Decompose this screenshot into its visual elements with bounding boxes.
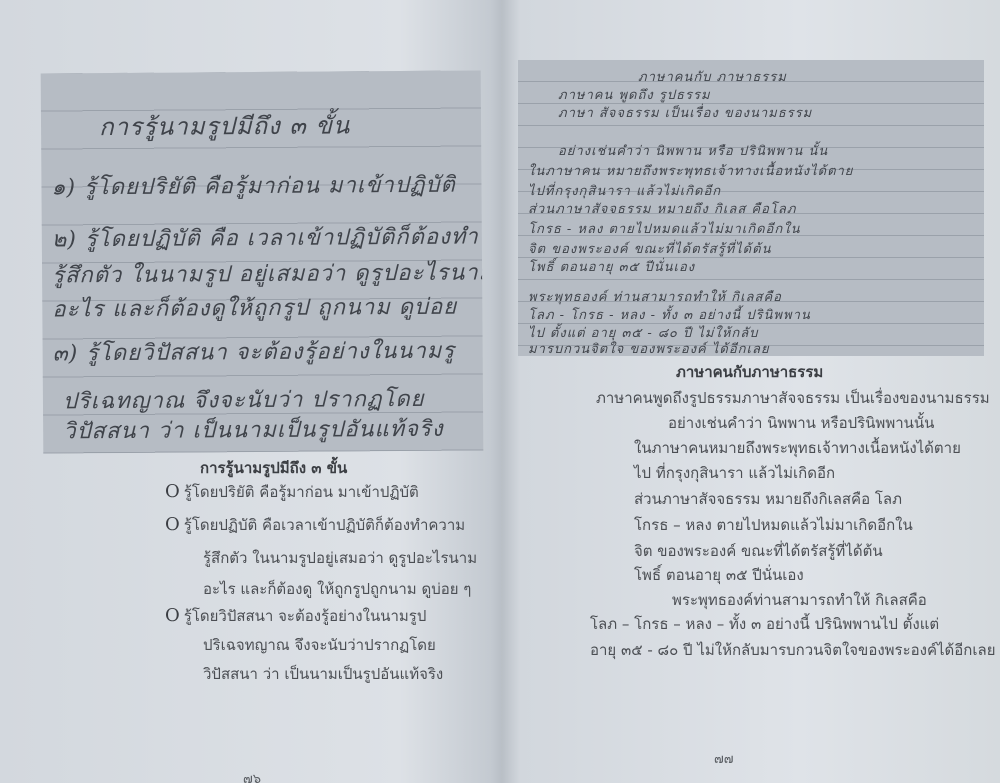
handwritten-line: รู้สึกตัว ในนามรูป อยู่เสมอว่า ดูรูปอะไร… [52, 254, 483, 292]
handwritten-line: ๒) รู้โดยปฏิบัติ คือ เวลาเข้าปฏิบัติก็ต้… [52, 218, 479, 256]
left-page: การรู้นามรูปมีถึง ๓ ขั้น ๑) รู้โดยปริยัต… [0, 0, 496, 783]
body-line: ส่วนภาษาสัจจธรรม หมายถึงกิเลสคือ โลภ [634, 487, 902, 511]
handwritten-line: อย่างเช่นคำว่า นิพพาน หรือ ปรินิพพาน นั้… [558, 140, 828, 161]
list-item-continuation: วิปัสสนา ว่า เป็นนามเป็นรูปอันแท้จริง [203, 662, 443, 686]
body-line: โลภ – โกรธ – หลง – ทั้ง ๓ อย่างนี้ ปรินิ… [590, 612, 939, 636]
list-item-continuation: อะไร และก็ต้องดู ให้ถูกรูปถูกนาม ดูบ่อย … [203, 577, 471, 601]
body-line: อายุ ๓๕ - ๘๐ ปี ไม่ให้กลับมารบกวนจิตใจขอ… [590, 638, 996, 662]
handwritten-line: อะไร และก็ต้องดูให้ถูกรูป ถูกนาม ดูบ่อย [52, 289, 457, 327]
body-line: พระพุทธองค์ท่านสามารถทำให้ กิเลสคือ [672, 588, 927, 612]
handwritten-line: วิปัสสนา ว่า เป็นนามเป็นรูปอันแท้จริง [63, 411, 444, 449]
body-line: โกรธ – หลง ตายไปหมดแล้วไม่มาเกิดอีกใน [634, 513, 913, 537]
handwritten-notes-image: การรู้นามรูปมีถึง ๓ ขั้น ๑) รู้โดยปริยัต… [41, 70, 484, 453]
handwritten-line: ส่วนภาษาสัจจธรรม หมายถึง กิเลส คือโลภ [528, 198, 796, 219]
body-line: ภาษาคนพูดถึงรูปธรรมภาษาสัจจธรรม เป็นเรื่… [596, 386, 990, 410]
page-number: ๗๗ [714, 748, 734, 769]
body-line: ไป ที่กรุงกุสินารา แล้วไม่เกิดอีก [634, 461, 835, 485]
body-line: ในภาษาคนหมายถึงพระพุทธเจ้าทางเนื้อหนังได… [634, 436, 961, 460]
page-number: ๗๖ [243, 768, 261, 783]
section-title: ภาษาคนกับภาษาธรรม [676, 360, 823, 384]
body-line: อย่างเช่นคำว่า นิพพาน หรือปรินิพพานนั้น [668, 411, 934, 435]
handwritten-line: ๓) รู้โดยวิปัสสนา จะต้องรู้อย่างในนามรู [53, 333, 456, 371]
handwritten-line: ภาษา สัจจธรรม เป็นเรื่อง ของนามธรรม [558, 102, 812, 123]
handwritten-line: การรู้นามรูปมีถึง ๓ ขั้น [99, 105, 350, 146]
circle-bullet-icon: O [165, 481, 180, 502]
list-item-continuation: รู้สึกตัว ในนามรูปอยู่เสมอว่า ดูรูปอะไรน… [203, 546, 477, 570]
section-title: การรู้นามรูปมีถึง ๓ ขั้น [200, 456, 347, 480]
handwritten-line: มารบกวนจิตใจ ของพระองค์ ได้อีกเลย [528, 338, 770, 356]
handwritten-line: ๑) รู้โดยปริยัติ คือรู้มาก่อน มาเข้าปฏิบ… [51, 167, 455, 205]
list-item: Oรู้โดยวิปัสสนา จะต้องรู้อย่างในนามรูป [165, 604, 426, 628]
list-item-continuation: ปริเฉจทญาณ จึงจะนับว่าปรากฏโดย [203, 633, 436, 657]
body-line: โพธิ์ ตอนอายุ ๓๕ ปีนั่นเอง [634, 563, 804, 587]
right-page: ภาษาคนกับ ภาษาธรรม ภาษาคน พูดถึง รูปธรรม… [504, 0, 1000, 783]
handwritten-notes-image: ภาษาคนกับ ภาษาธรรม ภาษาคน พูดถึง รูปธรรม… [518, 60, 984, 356]
body-line: จิต ของพระองค์ ขณะที่ได้ตรัสรู้ที่ได้ต้น [634, 539, 883, 563]
circle-bullet-icon: O [165, 514, 180, 535]
circle-bullet-icon: O [165, 605, 180, 626]
list-item: Oรู้โดยปริยัติ คือรู้มาก่อน มาเข้าปฏิบัต… [165, 480, 419, 504]
handwritten-line: ในภาษาคน หมายถึงพระพุทธเจ้าทางเนื้อหนังไ… [528, 160, 853, 181]
handwritten-line: โพธิ์ ตอนอายุ ๓๕ ปีนั่นเอง [528, 256, 695, 277]
handwritten-line: โกรธ - หลง ตายไปหมดแล้วไม่มาเกิดอีกใน [528, 218, 800, 239]
book-spread: การรู้นามรูปมีถึง ๓ ขั้น ๑) รู้โดยปริยัต… [0, 0, 1000, 783]
list-item: Oรู้โดยปฏิบัติ คือเวลาเข้าปฏิบัติก็ต้องท… [165, 513, 465, 537]
